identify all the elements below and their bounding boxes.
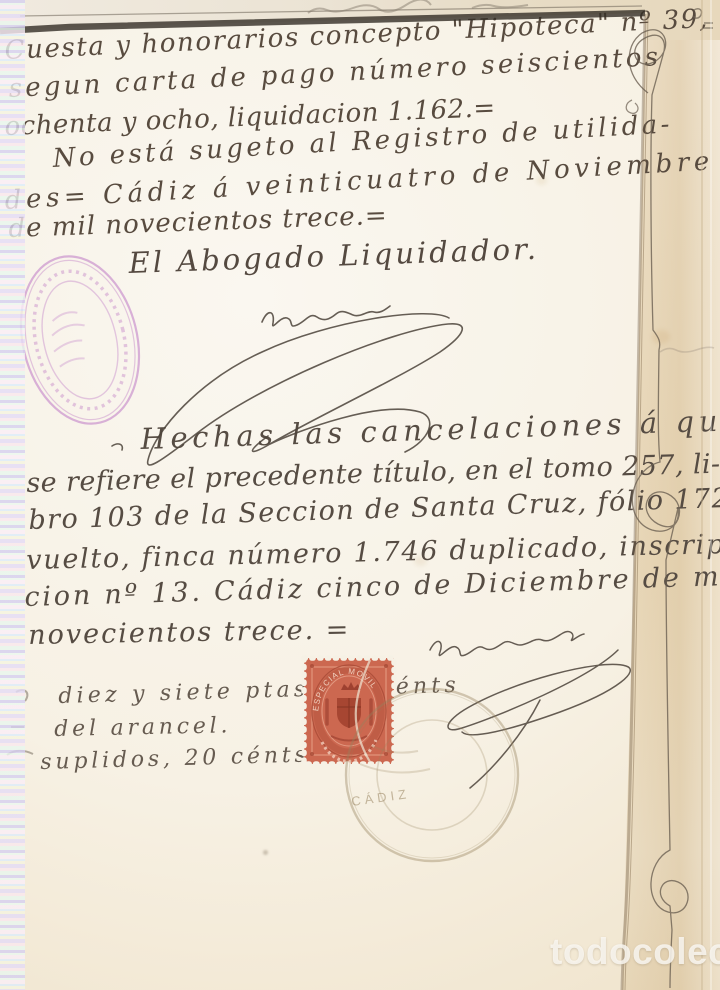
ink-dot (263, 850, 268, 855)
fee-line: del arancel. (54, 713, 232, 742)
paper-stain (652, 330, 670, 344)
scanned-document-photo: Cuesta y honorarios concepto "Hipoteca" … (0, 0, 720, 990)
scanner-artifact-edge (0, 0, 25, 990)
handwritten-line: novecientos trece. = (28, 614, 351, 651)
watermark: todocoleccion (550, 931, 720, 973)
